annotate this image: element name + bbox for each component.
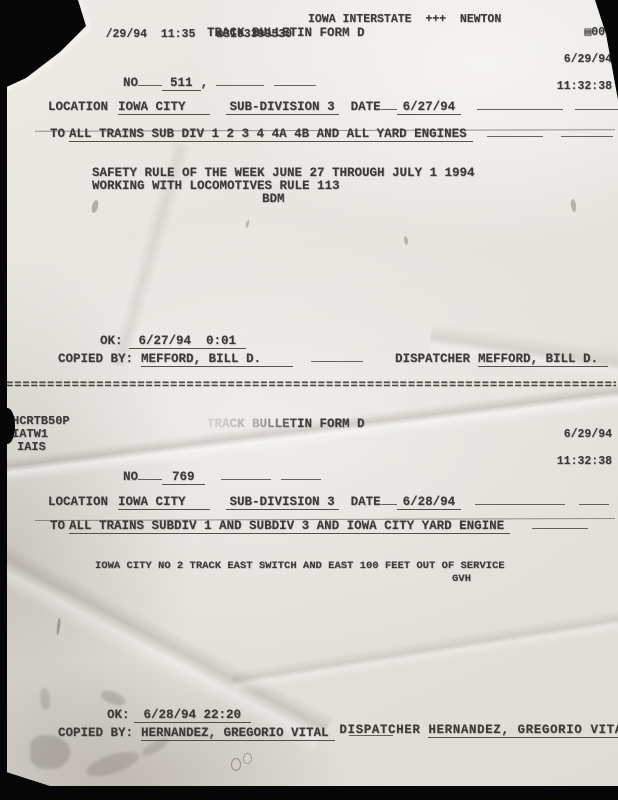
dispatcher-label: DISPATCHER [339, 723, 420, 737]
dark-bottom-band [0, 786, 618, 800]
smudge [30, 735, 70, 769]
terminal-code-1: HCRTB50P [12, 414, 70, 428]
scanned-fax-document: /29/94 11:35 ☎3193399530 IOWA INTERSTATE… [0, 0, 618, 800]
bulletin1-title: TRACK BULLETIN FORM D [207, 26, 365, 40]
bulletin1-copied-by: MEFFORD, BILL D. [141, 352, 293, 367]
section-separator: ========================================… [6, 378, 616, 392]
bulletin2-operator-initials: GVH [452, 573, 471, 585]
bulletin1-body-line2: WORKING WITH LOCOMOTIVES RULE 113 [92, 179, 340, 193]
bulletin2-dispatcher: HERNANDEZ, GREGORIO VITA [428, 723, 618, 738]
fax-sent-time: 11:35 [161, 28, 196, 41]
bulletin1-operator-initials: BDM [262, 192, 285, 206]
dispatcher-label: DISPATCHER [395, 352, 470, 366]
to-label: TO [50, 519, 65, 533]
paper-hole-mark [231, 758, 241, 771]
dark-left-notch [0, 408, 15, 444]
bulletin1-to-row: TOALL TRAINS SUB DIV 1 2 3 4 4A 4B AND A… [20, 110, 613, 155]
fax-received-date: 6/29/94 [564, 53, 612, 66]
copied-by-label: COPIED BY: [58, 726, 133, 740]
fax-sent-date: /29/94 [106, 28, 147, 41]
bulletin2-addressees: ALL TRAINS SUBDIV 1 AND SUBDIV 3 AND IOW… [69, 519, 510, 534]
bulletin2-title: TRACK BULLETIN FORM D [207, 417, 365, 431]
bulletin1-body-line1: SAFETY RULE OF THE WEEK JUNE 27 THROUGH … [92, 166, 475, 180]
to-label: TO [50, 127, 65, 141]
bulletin1-dispatcher: MEFFORD, BILL D. [478, 352, 608, 367]
bulletin2-dispatcher-row: DISPATCHERHERNANDEZ, GREGORIO VITA [307, 709, 618, 751]
bulletin2-to-row: TOALL TRAINS SUBDIV 1 AND SUBDIV 3 AND I… [20, 502, 588, 547]
bulletin2-receive-stamp: 6/29/94 11:32:38 [529, 414, 612, 482]
bulletin1-dispatcher-row: DISPATCHERMEFFORD, BILL D. [365, 335, 618, 380]
bulletin2-received-date: 6/29/94 [564, 428, 612, 441]
bulletin2-copied-by: HERNANDEZ, GREGORIO VITAL [141, 726, 335, 741]
copied-by-label: COPIED BY: [58, 352, 133, 366]
terminal-code-3: IAIS [17, 440, 46, 454]
fax-station: IOWA INTERSTATE +++ NEWTON [308, 13, 501, 26]
bulletin2-body-line1: IOWA CITY NO 2 TRACK EAST SWITCH AND EAS… [95, 560, 505, 572]
bulletin2-received-time: 11:32:38 [557, 455, 612, 468]
bulletin1-copied-row: COPIED BY:MEFFORD, BILL D. [28, 335, 363, 380]
paper-hole-mark [243, 753, 252, 764]
terminal-code-2: IATW1 [12, 427, 48, 441]
